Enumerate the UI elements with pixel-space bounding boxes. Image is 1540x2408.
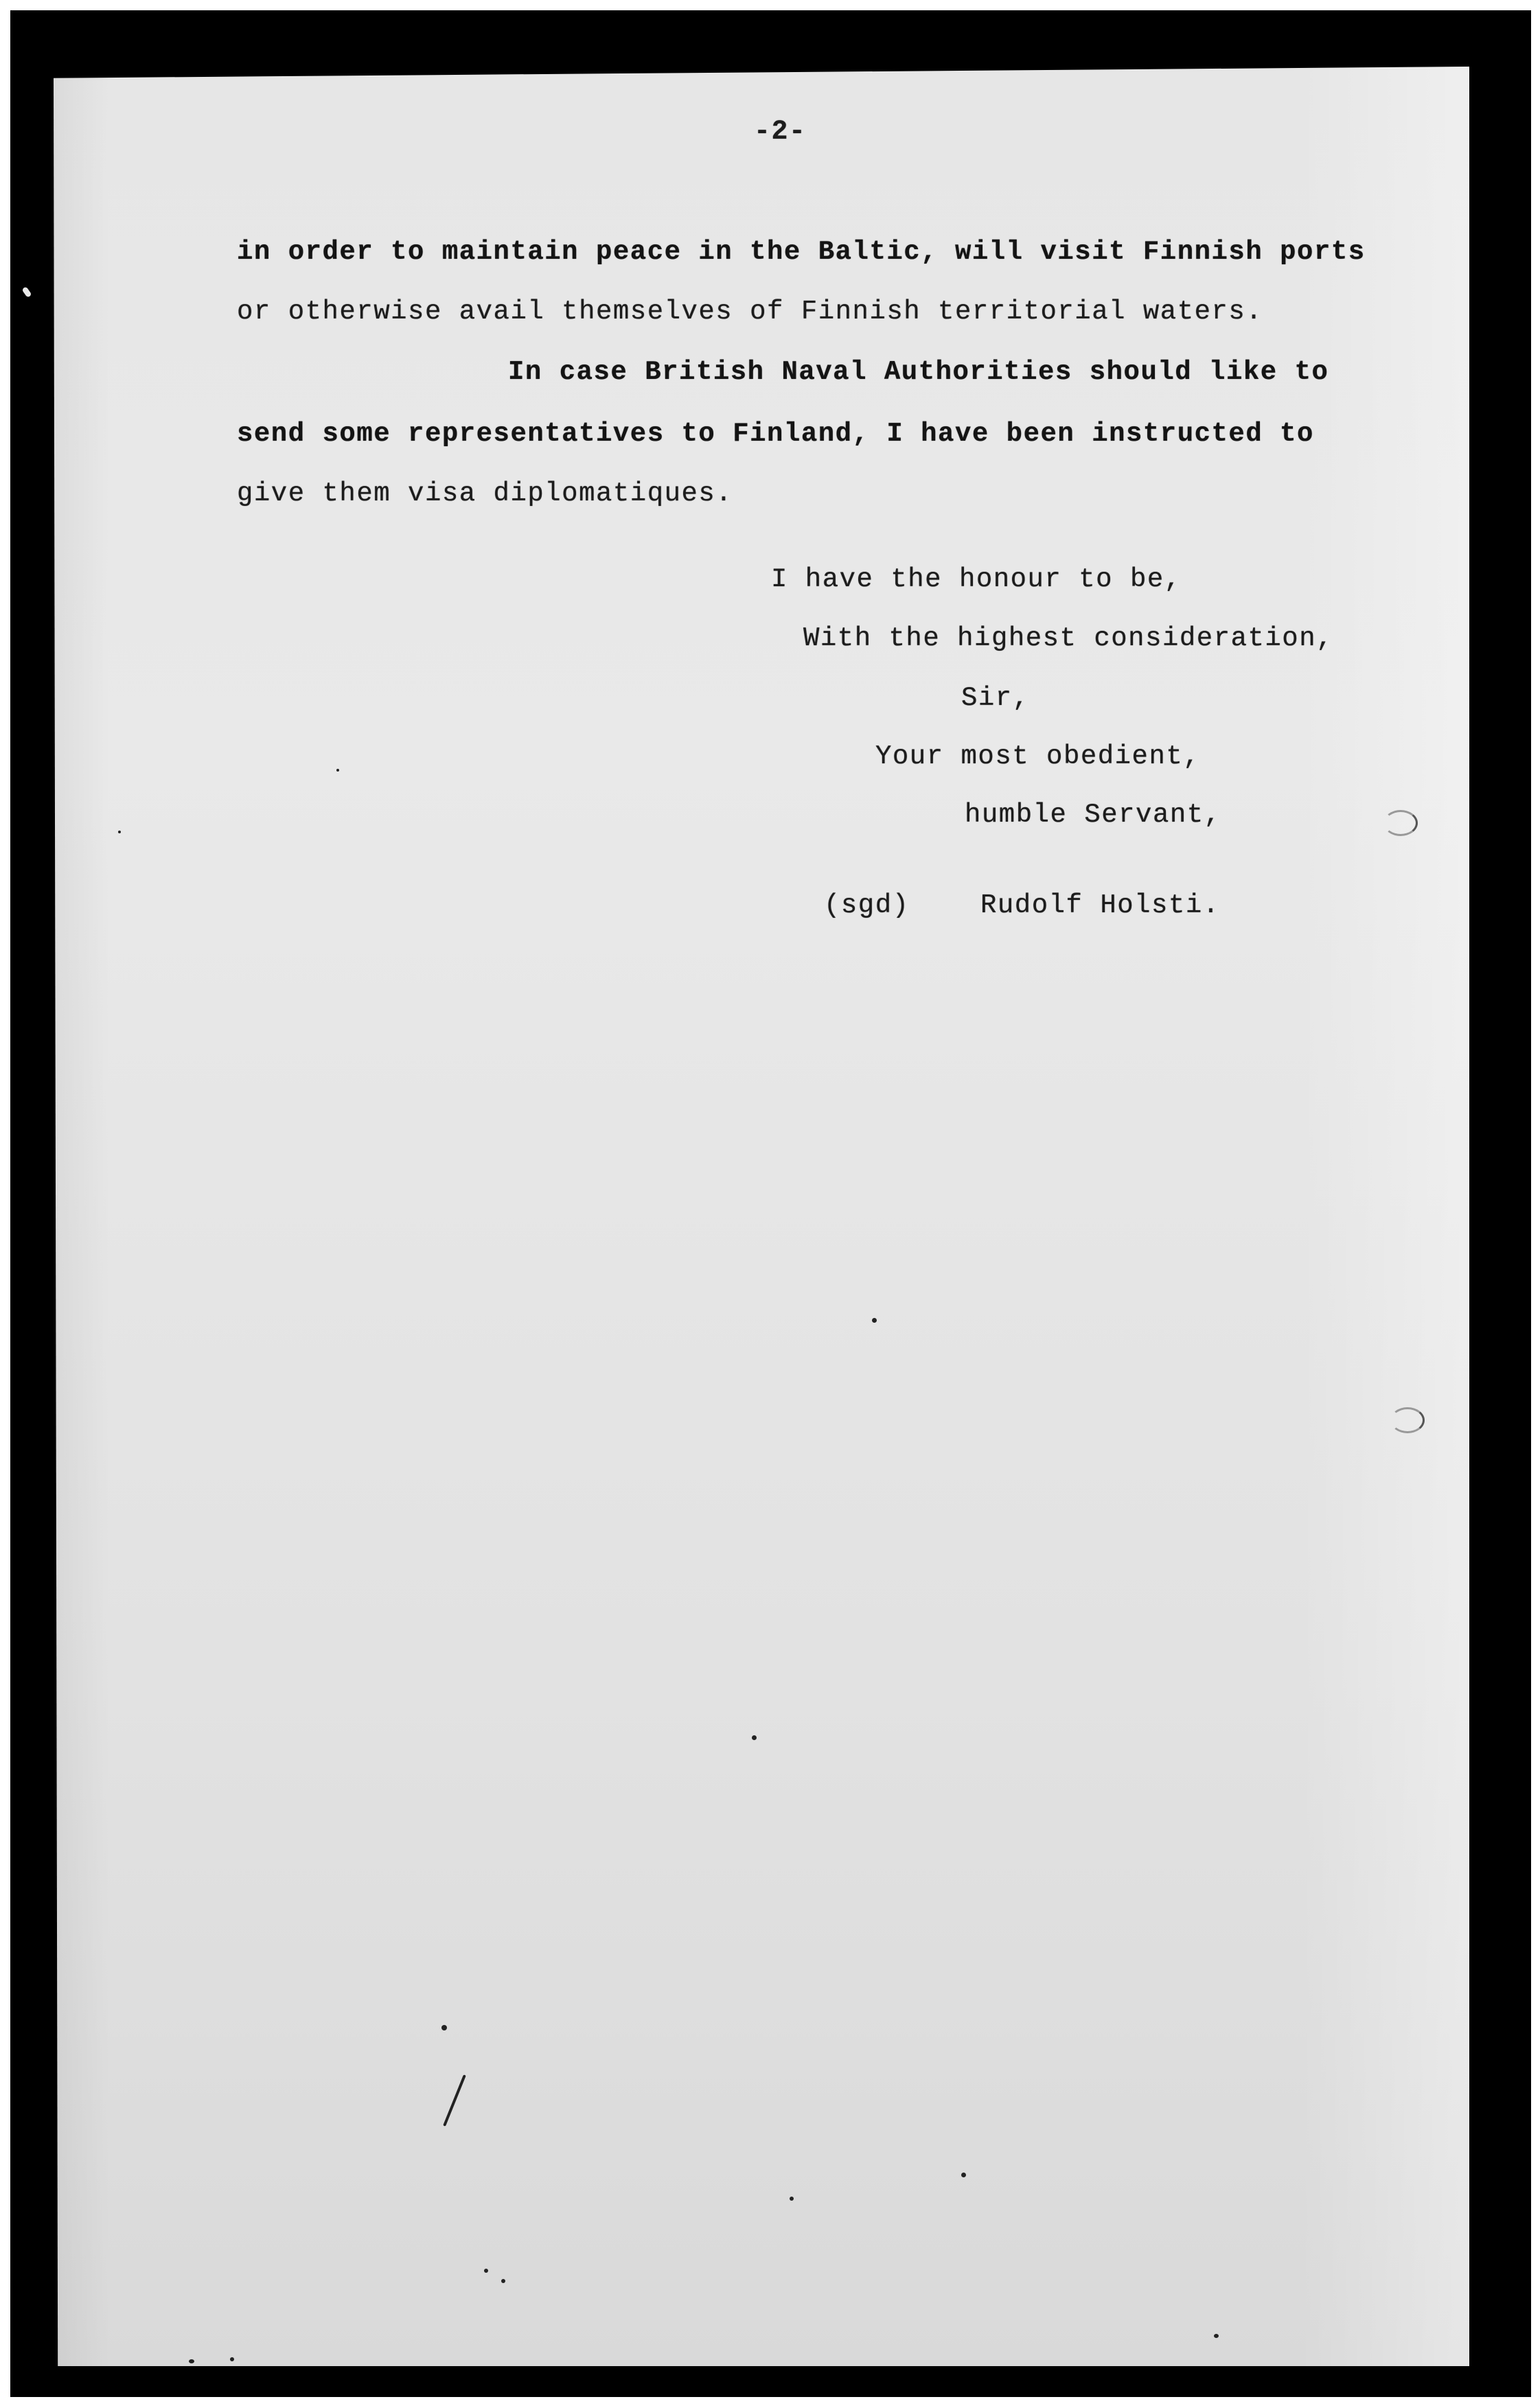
signatory-name: Rudolf Holsti. (980, 890, 1220, 921)
document-page (54, 67, 1469, 2366)
body-line: or otherwise avail themselves of Finnish… (237, 297, 1263, 327)
ink-speck (790, 2197, 794, 2201)
ink-speck (189, 2359, 194, 2363)
closing-line: With the highest consideration, (803, 623, 1333, 653)
ink-speck (441, 2025, 447, 2030)
punch-hole-icon (1383, 810, 1418, 836)
body-line: send some representatives to Finland, I … (237, 419, 1314, 449)
ink-speck (752, 1735, 757, 1740)
body-line-paragraph-start: In case British Naval Authorities should… (508, 357, 1329, 387)
body-line: in order to maintain peace in the Baltic… (237, 237, 1366, 267)
page-number: -2- (754, 117, 807, 148)
signature-prefix: (sgd) (824, 890, 910, 921)
body-line: give them visa diplomatiques. (237, 478, 733, 509)
ink-speck (872, 1318, 877, 1323)
paper-shading (54, 67, 1469, 2366)
punch-hole-icon (1390, 1407, 1425, 1433)
closing-line: humble Servant, (965, 800, 1221, 830)
ink-speck (501, 2279, 505, 2283)
ink-speck (230, 2357, 234, 2361)
closing-line: Sir, (961, 683, 1030, 713)
ink-speck (484, 2269, 488, 2273)
closing-line: Your most obedient, (875, 741, 1200, 772)
ink-speck (336, 769, 339, 772)
closing-line: I have the honour to be, (771, 564, 1182, 594)
ink-speck (961, 2173, 966, 2177)
ink-speck (118, 831, 121, 833)
ink-speck (1214, 2334, 1219, 2338)
